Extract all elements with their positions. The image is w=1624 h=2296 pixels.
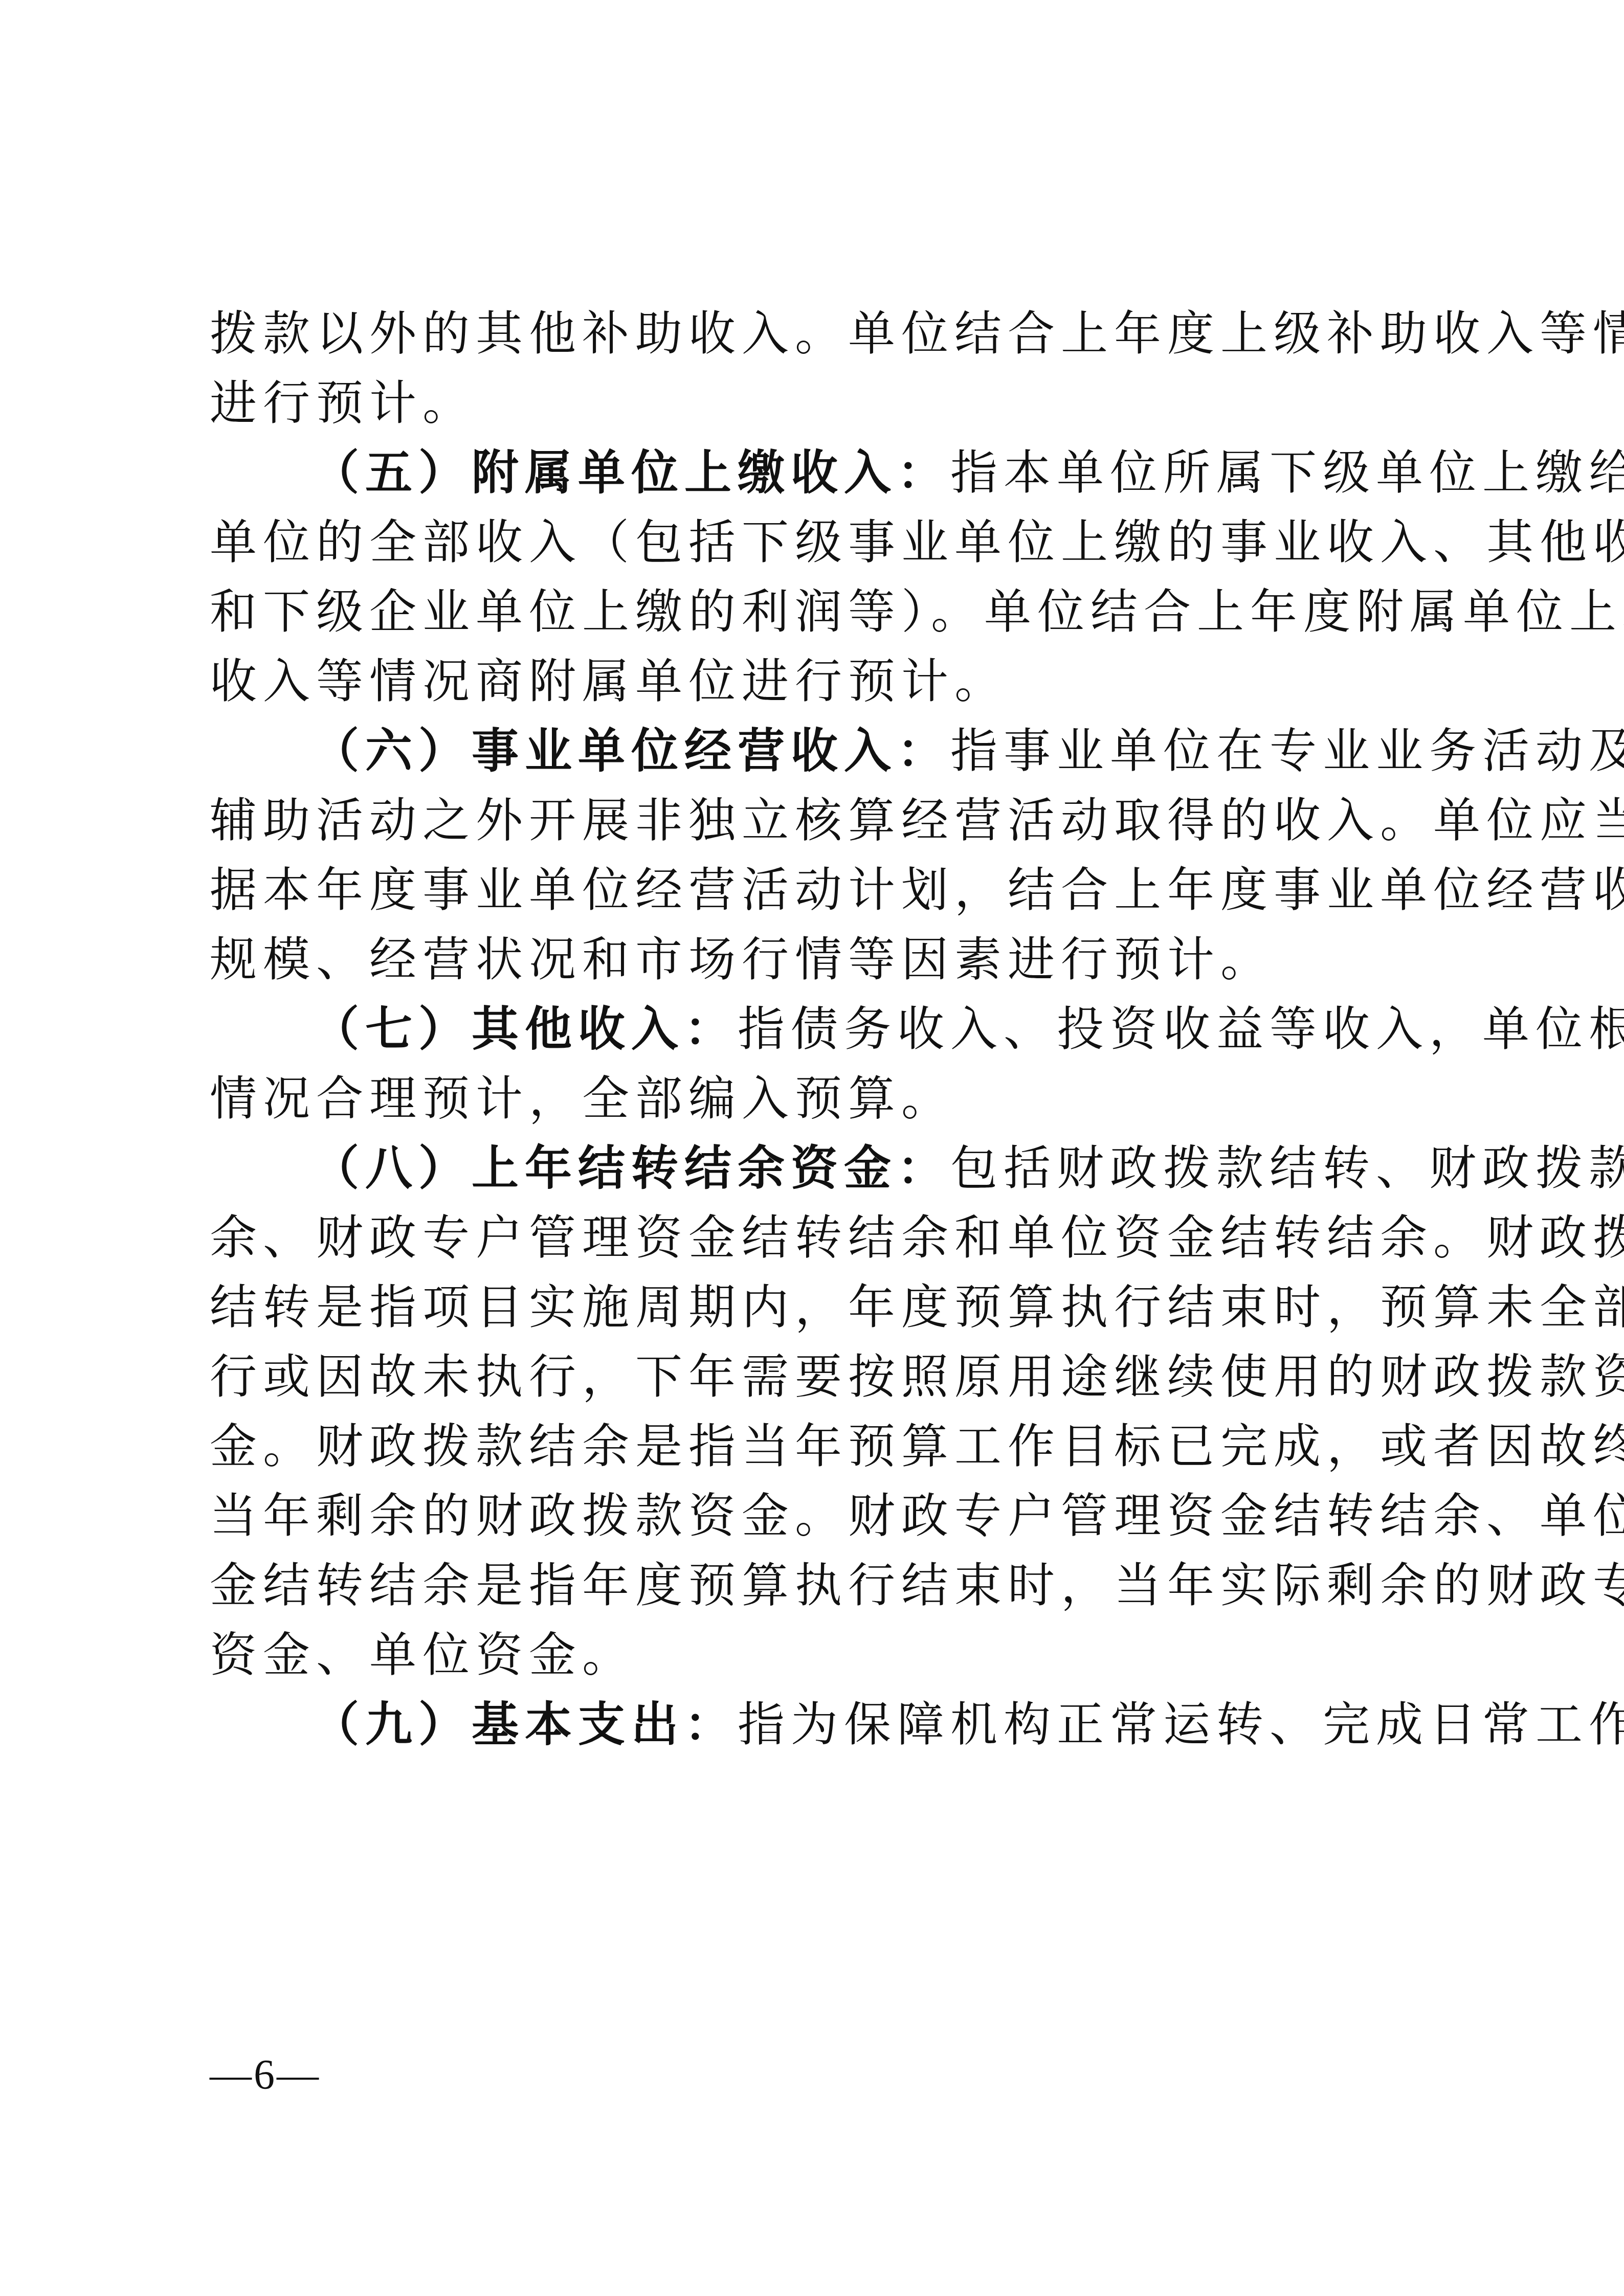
text-line: 拨款以外的其他补助收入。单位结合上年度上级补助收入等情况 [210,299,1427,369]
text-run: 指为保障机构正常运转、完成日常工作任 [738,1697,1624,1752]
text-line: 辅助活动之外开展非独立核算经营活动取得的收入。单位应当根 [210,786,1427,856]
text-line: 行或因故未执行，下年需要按照原用途继续使用的财政拨款资 [210,1342,1427,1412]
text-line: 进行预计。 [210,369,1427,438]
text-line: 金结转结余是指年度预算执行结束时，当年实际剩余的财政专户 [210,1551,1427,1620]
text-line: 规模、经营状况和市场行情等因素进行预计。 [210,925,1427,995]
document-page: 拨款以外的其他补助收入。单位结合上年度上级补助收入等情况 进行预计。 （五）附属… [0,0,1624,2296]
text-line: 据本年度事业单位经营活动计划，结合上年度事业单位经营收入 [210,856,1427,925]
section-heading: （九）基本支出： [312,1697,738,1752]
text-line: 收入等情况商附属单位进行预计。 [210,647,1427,716]
text-line: 和下级企业单位上缴的利润等）。单位结合上年度附属单位上缴 [210,577,1427,647]
section-heading: （八）上年结转结余资金： [312,1141,950,1196]
text-line: 当年剩余的财政拨款资金。财政专户管理资金结转结余、单位资 [210,1481,1427,1551]
section-heading: （六）事业单位经营收入： [312,724,950,778]
text-line: 余、财政专户管理资金结转结余和单位资金结转结余。财政拨款 [210,1203,1427,1273]
page-number: —6— [210,2051,321,2099]
text-run: 指债务收入、投资收益等收入，单位根据 [738,1002,1624,1056]
text-run: 指事业单位在专业业务活动及其 [950,724,1624,778]
section-heading: （七）其他收入： [312,1002,738,1056]
text-run: 指本单位所属下级单位上缴给本 [950,445,1624,500]
text-line: 资金、单位资金。 [210,1620,1427,1690]
text-line: 金。财政拨款结余是指当年预算工作目标已完成，或者因故终止， [210,1412,1427,1481]
paragraph-first-line: （八）上年结转结余资金：包括财政拨款结转、财政拨款结 [210,1134,1427,1203]
text-line: 情况合理预计，全部编入预算。 [210,1064,1427,1134]
paragraph-first-line: （九）基本支出：指为保障机构正常运转、完成日常工作任 [210,1690,1427,1760]
paragraph-first-line: （七）其他收入：指债务收入、投资收益等收入，单位根据 [210,995,1427,1064]
document-body: 拨款以外的其他补助收入。单位结合上年度上级补助收入等情况 进行预计。 （五）附属… [210,299,1427,1760]
text-line: 单位的全部收入（包括下级事业单位上缴的事业收入、其他收入 [210,508,1427,577]
text-run: 包括财政拨款结转、财政拨款结 [950,1141,1624,1196]
paragraph-first-line: （五）附属单位上缴收入：指本单位所属下级单位上缴给本 [210,438,1427,508]
text-line: 结转是指项目实施周期内，年度预算执行结束时，预算未全部执 [210,1273,1427,1342]
section-heading: （五）附属单位上缴收入： [312,445,950,500]
paragraph-first-line: （六）事业单位经营收入：指事业单位在专业业务活动及其 [210,716,1427,786]
